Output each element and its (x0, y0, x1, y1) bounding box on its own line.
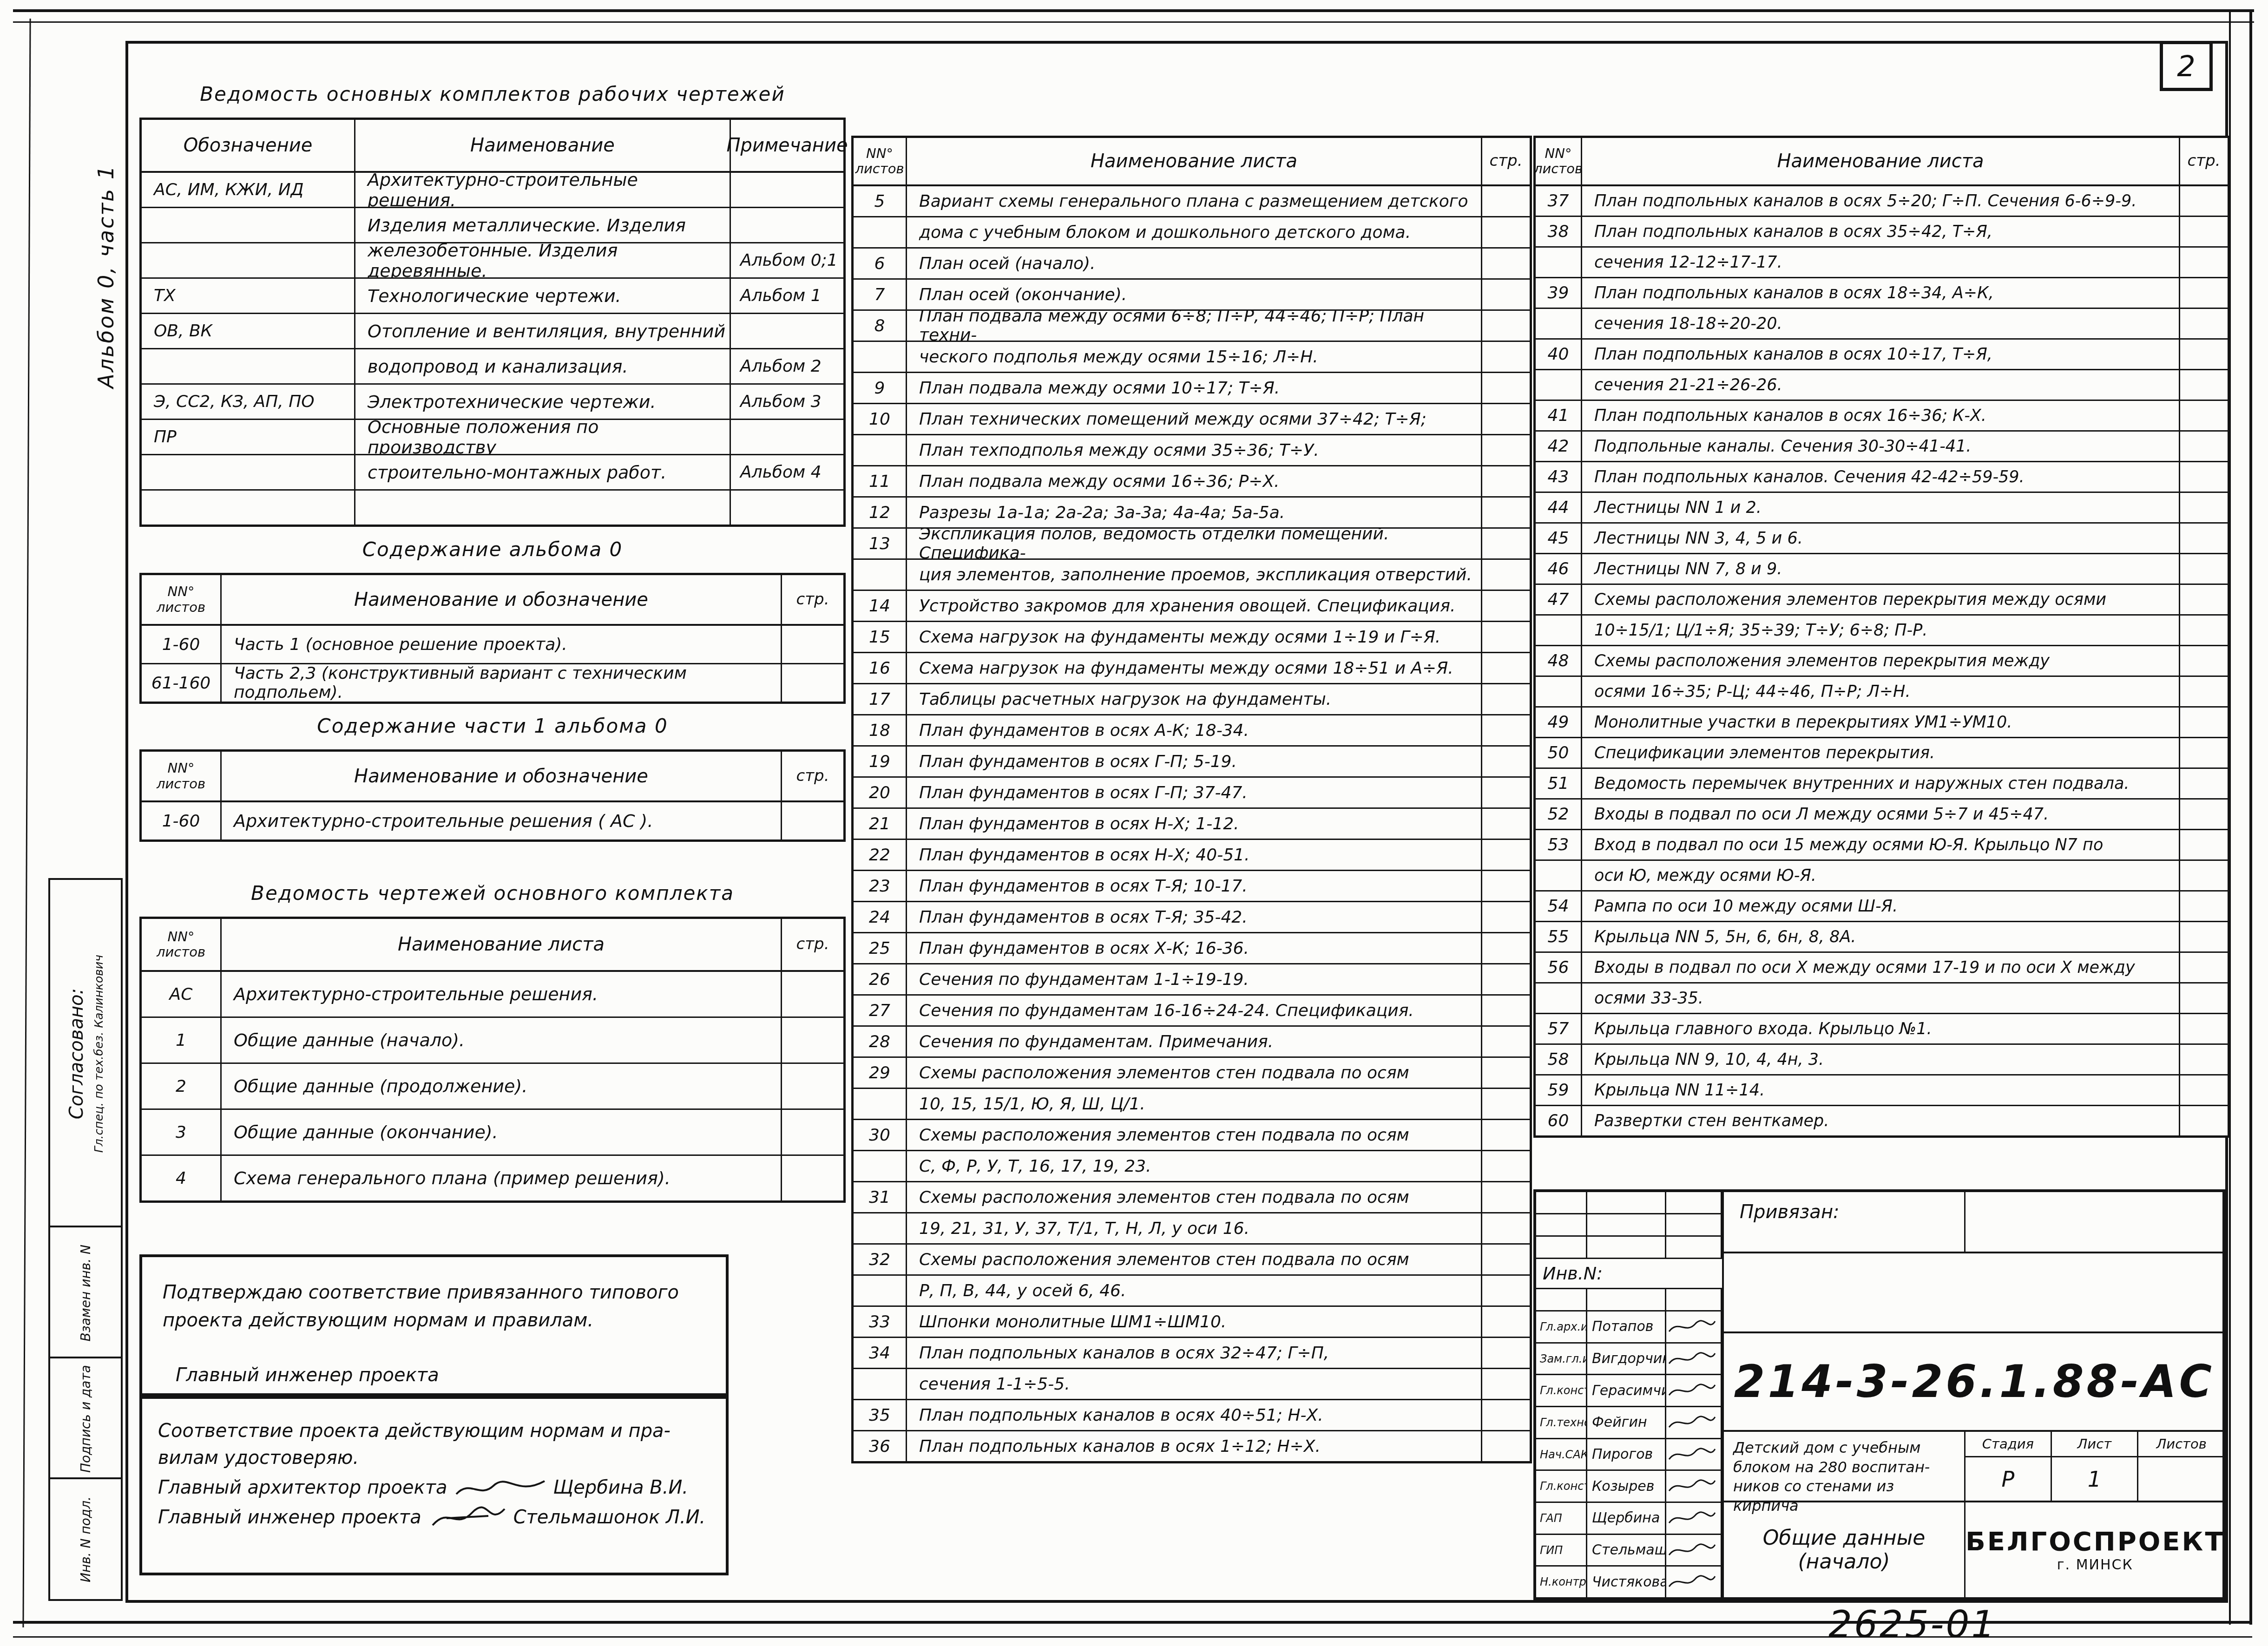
cell-name: План технических помещений между осями 3… (907, 404, 1482, 434)
cell-num (854, 1151, 907, 1181)
cell-num: 14 (854, 591, 907, 621)
cell-num: 5 (854, 186, 907, 216)
cell-page (1482, 529, 1530, 558)
signer-role: Н.контр. (1536, 1567, 1587, 1597)
cell-name: 10, 15, 15/1, Ю, Я, Ш, Ц/1. (907, 1089, 1482, 1119)
cell-page (782, 664, 843, 702)
approval-line1: Подтверждаю соответствие привязанного ти… (163, 1279, 710, 1306)
cell-num (854, 217, 907, 247)
table-row: 4 Схема генерального плана (пример решен… (142, 1156, 843, 1200)
sheet-list-row: 44 Лестницы NN 1 и 2. (1536, 493, 2228, 524)
album0-contents-table: NN° листов Наименование и обозначение ст… (139, 573, 846, 704)
cell-page (1482, 871, 1530, 901)
signer-name: Щербина (1587, 1503, 1666, 1534)
cell-num: 53 (1536, 830, 1582, 859)
cell-name: Лестницы NN 7, 8 и 9. (1582, 554, 2180, 584)
col-header-num: NN° листов (854, 138, 907, 184)
table-header: NN° листов Наименование листа стр. (1536, 138, 2228, 186)
sheet-list-row: осями 16÷35; Р-Ц; 44÷46, П÷Р; Л÷Н. (1536, 677, 2228, 708)
col-header-page: стр. (1482, 138, 1530, 184)
cell-name: Рампа по оси 10 между осями Ш-Я. (1582, 892, 2180, 921)
signer-name: Потапов (1587, 1312, 1666, 1342)
sheets-value (2138, 1457, 2225, 1501)
signers-list: Гл.арх.ин. Потапов 29.09.88 Зам.гл.инж В… (1536, 1312, 1722, 1597)
table-row: строительно-монтажных работ. Альбом 4 (142, 455, 843, 491)
cell-name: Схемы расположения элементов стен подвал… (907, 1182, 1482, 1212)
cell-num: 37 (1536, 186, 1582, 216)
col-header-note: Примечание (731, 120, 843, 171)
stage-value: Р (1966, 1457, 2052, 1501)
stage-table: Стадия Лист Листов Р 1 (1966, 1432, 2225, 1501)
title-block: Инв.N: Гл.арх.ин. Потапов 29.09.88 Зам. (1533, 1189, 2225, 1600)
signer-name: Козырев (1587, 1471, 1666, 1502)
sheet-list-row: 6 План осей (начало). (854, 249, 1530, 280)
cell-num: 21 (854, 809, 907, 839)
cell-num: 26 (854, 964, 907, 994)
sheet-list-row: оси Ю, между осями Ю-Я. (1536, 861, 2228, 892)
section-title: Содержание части 1 альбома 0 (139, 715, 846, 737)
cell-num: 34 (854, 1338, 907, 1368)
table-row (142, 491, 843, 525)
cell-page (1482, 1089, 1530, 1119)
cell-name: Входы в подвал по оси Х между осями 17-1… (1582, 953, 2180, 982)
cell-name: План подвала между осями 16÷36; Р÷Х. (907, 466, 1482, 496)
cell-name: План фундаментов в осях Х-К; 16-36. (907, 933, 1482, 963)
cell-page (1482, 1058, 1530, 1088)
cell-page (2180, 922, 2228, 951)
sheet-list-row: сечения 18-18÷20-20. (1536, 309, 2228, 340)
cell-name: ческого подполья между осями 15÷16; Л÷Н. (907, 342, 1482, 372)
cell-name: План подпольных каналов в осях 35÷42, Т÷… (1582, 217, 2180, 246)
cell-num (854, 560, 907, 590)
cell-num: 11 (854, 466, 907, 496)
cell-page (1482, 1120, 1530, 1150)
stage-label: Стадия (1966, 1432, 2052, 1456)
sheet-list-row: 46 Лестницы NN 7, 8 и 9. (1536, 554, 2228, 585)
cell-name: железобетонные. Изделия деревянные. (355, 243, 731, 277)
cell-name: Схемы расположения элементов перекрытия … (1582, 646, 2180, 675)
table-row: АС Архитектурно-строительные решения. (142, 972, 843, 1018)
cell-name: План фундаментов в осях Г-П; 5-19. (907, 747, 1482, 776)
sheet-list-row: Р, П, В, 44, у осей 6, 46. (854, 1276, 1530, 1307)
cell-name: Крыльца NN 9, 10, 4, 4н, 3. (1582, 1045, 2180, 1074)
cell-num: 40 (1536, 340, 1582, 369)
sheet-list-row: 32 Схемы расположения элементов стен под… (854, 1245, 1530, 1276)
sheet-list-row: 38 План подпольных каналов в осях 35÷42,… (1536, 217, 2228, 248)
signer-name: Вигдорчик (1587, 1344, 1666, 1374)
cell-page (1482, 684, 1530, 714)
cell-num: 49 (1536, 708, 1582, 737)
signer-signature-scribble (1666, 1567, 1722, 1597)
certify-line2: вилам удостоверяю. (158, 1444, 715, 1471)
cell-page (2180, 585, 2228, 614)
cell-name: Архитектурно-строительные решения ( АС )… (222, 802, 782, 839)
sheet-list-row: 17 Таблицы расчетных нагрузок на фундаме… (854, 684, 1530, 715)
cell-num: 52 (1536, 800, 1582, 829)
cell-page (1482, 715, 1530, 745)
cell-name: Устройство закромов для хранения овощей.… (907, 591, 1482, 621)
cell-name: дома с учебным блоком и дошкольного детс… (907, 217, 1482, 247)
cell-name: План подпольных каналов в осях 10÷17, Т÷… (1582, 340, 2180, 369)
cell-note (731, 491, 843, 525)
signature-date-box: Подпись и дата (48, 1357, 123, 1481)
table-row: ТХ Технологические чертежи. Альбом 1 (142, 279, 843, 314)
cell-page (1482, 840, 1530, 870)
sheet-list-row: 15 Схема нагрузок на фундаменты между ос… (854, 622, 1530, 653)
signer-row: Гл.констр.ин Герасимчик 29.09.88 (1536, 1375, 1722, 1407)
col-header-name: Наименование листа (1582, 138, 2180, 184)
sheet-list-row: 45 Лестницы NN 3, 4, 5 и 6. (1536, 524, 2228, 554)
sheet-list-row: 53 Вход в подвал по оси 15 между осями Ю… (1536, 830, 2228, 861)
cell-name: Основные положения по производству (355, 420, 731, 454)
signer-row: ГИП Стельмашонок 28.9.88 (1536, 1535, 1722, 1567)
sheet-list-row: 22 План фундаментов в осях Н-Х; 40-51. (854, 840, 1530, 871)
table-row: водопровод и канализация. Альбом 2 (142, 349, 843, 385)
cell-page (2180, 984, 2228, 1013)
cell-num: 42 (1536, 432, 1582, 461)
sheet-list-row: 51 Ведомость перемычек внутренних и нару… (1536, 769, 2228, 800)
sheet-list-row: 25 План фундаментов в осях Х-К; 16-36. (854, 933, 1530, 964)
cell-page (1482, 404, 1530, 434)
attached-label: Привязан: (1724, 1192, 1966, 1252)
doc-number-cell: 214-3-26.1.88-АС (1724, 1333, 2225, 1432)
cell-name: Монолитные участки в перекрытиях УМ1÷УМ1… (1582, 708, 2180, 737)
left-scan-edge (22, 19, 31, 1627)
sheet-list-row: 52 Входы в подвал по оси Л между осями 5… (1536, 800, 2228, 830)
cell-name: Сечения по фундаментам 1-1÷19-19. (907, 964, 1482, 994)
cell-page (1482, 622, 1530, 652)
sheet-list-row: 13 Экспликация полов, ведомость отделки … (854, 529, 1530, 560)
cell-num: 24 (854, 902, 907, 932)
sheet-list-row: 35 План подпольных каналов в осях 40÷51;… (854, 1400, 1530, 1431)
cell-code: Э, СС2, КЗ, АП, ПО (142, 385, 355, 419)
sheet-list-row: 18 План фундаментов в осях А-К; 18-34. (854, 715, 1530, 747)
col-header-code: Обозначение (142, 120, 355, 171)
sheet-list-row: ческого подполья между осями 15÷16; Л÷Н. (854, 342, 1530, 373)
cell-name: Схемы расположения элементов стен подвал… (907, 1058, 1482, 1088)
signer-role: Гл.констр. (1536, 1471, 1587, 1502)
cell-num: 1 (142, 1018, 222, 1062)
cell-page (1482, 217, 1530, 247)
sheet-list-row: 7 План осей (окончание). (854, 280, 1530, 311)
cell-num: 51 (1536, 769, 1582, 798)
signer-row: Гл.констр. Козырев 29.9.88 (1536, 1471, 1722, 1503)
cell-page (2180, 1075, 2228, 1105)
cell-name: Лестницы NN 3, 4, 5 и 6. (1582, 524, 2180, 553)
cell-num: 38 (1536, 217, 1582, 246)
cell-name: сечения 21-21÷26-26. (1582, 370, 2180, 400)
cell-name: Изделия металлические. Изделия (355, 208, 731, 242)
col-header-page: стр. (782, 919, 843, 970)
signer-signature-scribble (1666, 1312, 1722, 1342)
cell-num (1536, 677, 1582, 706)
cell-page (2180, 800, 2228, 829)
cell-page (2180, 309, 2228, 338)
col-header-name: Наименование и обозначение (222, 575, 782, 624)
cell-name: План подвала между осями 10÷17; Т÷Я. (907, 373, 1482, 403)
cell-page (2180, 248, 2228, 277)
sheet-list-row: 14 Устройство закромов для хранения овощ… (854, 591, 1530, 622)
signer-signature-scribble (1666, 1535, 1722, 1566)
table-row: железобетонные. Изделия деревянные. Альб… (142, 243, 843, 279)
cell-page (2180, 708, 2228, 737)
cell-page (1482, 1151, 1530, 1181)
sheet-list-row: 42 Подпольные каналы. Сечения 30-30÷41-4… (1536, 432, 2228, 462)
cell-num: 17 (854, 684, 907, 714)
cell-page (2180, 524, 2228, 553)
engineer-name: Стельмашонок Л.И. (513, 1504, 706, 1531)
agreed-label: Согласовано: (66, 988, 87, 1119)
cell-num: 1-60 (142, 626, 222, 663)
cell-page (1482, 1276, 1530, 1305)
signer-role: Гл.арх.ин. (1536, 1312, 1587, 1342)
cell-name: Отопление и вентиляция, внутренний (355, 314, 731, 348)
cell-num: 33 (854, 1307, 907, 1337)
sheet-list-row: 10 План технических помещений между осям… (854, 404, 1530, 435)
cell-name: Шпонки монолитные ШМ1÷ШМ10. (907, 1307, 1482, 1337)
sheet-list-row: 39 План подпольных каналов в осях 18÷34,… (1536, 278, 2228, 309)
signer-signature-scribble (1666, 1439, 1722, 1470)
cell-name: 10÷15/1; Ц/1÷Я; 35÷39; Т÷У; 6÷8; П-Р. (1582, 616, 2180, 645)
cell-num: 8 (854, 311, 907, 341)
cell-num: 12 (854, 498, 907, 527)
table-row: Изделия металлические. Изделия (142, 208, 843, 243)
cell-name: ция элементов, заполнение проемов, экспл… (907, 560, 1482, 590)
cell-page (1482, 435, 1530, 465)
part1-contents-table: NN° листов Наименование и обозначение ст… (139, 749, 846, 842)
cell-name: Часть 1 (основное решение проекта). (222, 626, 782, 663)
col-header-name: Наименование и обозначение (222, 752, 782, 800)
page-number: 2 (2177, 49, 2195, 83)
sheet-title-org-row: Общие данные (начало) БЕЛГОСПРОЕКТ г. МИ… (1724, 1502, 2225, 1597)
sheet-list-row: 57 Крыльца главного входа. Крыльцо №1. (1536, 1014, 2228, 1045)
cell-name: сечения 18-18÷20-20. (1582, 309, 2180, 338)
cell-page (2180, 1045, 2228, 1074)
cell-num (1536, 984, 1582, 1013)
cell-page (1482, 996, 1530, 1025)
sheet-list-row: 20 План фундаментов в осях Г-П; 37-47. (854, 778, 1530, 809)
cell-page (1482, 1431, 1530, 1461)
sheet-list-row: 40 План подпольных каналов в осях 10÷17,… (1536, 340, 2228, 370)
sheet-list-row: 30 Схемы расположения элементов стен под… (854, 1120, 1530, 1151)
cell-page (1482, 747, 1530, 776)
engineer-signature-row: Главный инженер проекта Стельмашонок Л.И… (158, 1504, 715, 1531)
cell-code: ОВ, ВК (142, 314, 355, 348)
cell-name: План подпольных каналов в осях 18÷34, А÷… (1582, 278, 2180, 308)
sheet-list-row: осями 33-35. (1536, 984, 2228, 1014)
signer-signature-scribble (1666, 1503, 1722, 1534)
cell-name: План подпольных каналов. Сечения 42-42÷5… (1582, 462, 2180, 492)
cell-note (731, 208, 843, 242)
sheet-list-row: План техподполья между осями 35÷36; Т÷У. (854, 435, 1530, 466)
table-body: АС, ИМ, КЖИ, ИД Архитектурно-строительны… (142, 173, 843, 525)
cell-name: Архитектурно-строительные решения. (222, 972, 782, 1016)
approval-line2: проекта действующим нормам и правилам. (163, 1306, 710, 1334)
cell-name: оси Ю, между осями Ю-Я. (1582, 861, 2180, 890)
cell-name: План подпольных каналов в осях 1÷12; Н÷Х… (907, 1431, 1482, 1461)
cell-num: 60 (1536, 1106, 1582, 1135)
signer-row: Н.контр. Чистякова 29.9.88 (1536, 1567, 1722, 1597)
sheets-label: Листов (2138, 1432, 2225, 1456)
cell-num: 25 (854, 933, 907, 963)
col-header-page: стр. (782, 752, 843, 800)
cell-page (1482, 249, 1530, 278)
cell-page (2180, 769, 2228, 798)
cell-name: осями 33-35. (1582, 984, 2180, 1013)
cell-num (854, 1213, 907, 1243)
cell-code (142, 243, 355, 277)
top-border-line-2 (13, 21, 2254, 23)
sheet-list-row: 47 Схемы расположения элементов перекрыт… (1536, 585, 2228, 616)
cell-num: 56 (1536, 953, 1582, 982)
organization-city: г. МИНСК (2057, 1557, 2133, 1573)
col-header-num: NN° листов (142, 575, 222, 624)
table-body: АС Архитектурно-строительные решения. 1 … (142, 972, 843, 1200)
cell-num (854, 1276, 907, 1305)
sheet-list-row: 5 Вариант схемы генерального плана с раз… (854, 186, 1530, 217)
cell-name: С, Ф, Р, У, Т, 16, 17, 19, 23. (907, 1151, 1482, 1181)
cell-name: Разрезы 1а-1а; 2а-2а; 3а-3а; 4а-4а; 5а-5… (907, 498, 1482, 527)
cell-page (2180, 1106, 2228, 1135)
cell-page (782, 1110, 843, 1154)
sheet-list-row: 55 Крыльца NN 5, 5н, 6, 6н, 8, 8А. (1536, 922, 2228, 953)
cell-page (2180, 646, 2228, 675)
section-title: Содержание альбома 0 (139, 538, 846, 561)
inv-original-box: Инв. N подл. (48, 1477, 123, 1601)
cell-name: Схемы расположения элементов стен подвал… (907, 1245, 1482, 1274)
cell-name: Ведомость перемычек внутренних и наружны… (1582, 769, 2180, 798)
signer-role: Гл.технол. (1536, 1407, 1587, 1438)
cell-name: Спецификации элементов перекрытия. (1582, 738, 2180, 767)
cell-num (1536, 861, 1582, 890)
cell-name: Сечения по фундаментам. Примечания. (907, 1027, 1482, 1056)
right-border-line-2 (2249, 9, 2252, 1625)
table-body: 37 План подпольных каналов в осях 5÷20; … (1536, 186, 2228, 1135)
cell-num: АС (142, 972, 222, 1016)
sheet-list-row: 12 Разрезы 1а-1а; 2а-2а; 3а-3а; 4а-4а; 5… (854, 498, 1530, 529)
cell-page (2180, 892, 2228, 921)
cell-name: Часть 2,3 (конструктивный вариант с техн… (222, 664, 782, 702)
cell-num: 19 (854, 747, 907, 776)
sheet-list-row: 26 Сечения по фундаментам 1-1÷19-19. (854, 964, 1530, 996)
cell-name: 19, 21, 31, У, 37, Т/1, Т, Н, Л, у оси 1… (907, 1213, 1482, 1243)
title-block-right: Привязан: 214-3-26.1.88-АС Детский дом с… (1724, 1192, 2225, 1597)
table-row: 1-60 Архитектурно-строительные решения (… (142, 802, 843, 839)
title-block-left: Инв.N: Гл.арх.ин. Потапов 29.09.88 Зам. (1536, 1192, 1724, 1597)
cell-page (1482, 964, 1530, 994)
sheet-list-row: 31 Схемы расположения элементов стен под… (854, 1182, 1530, 1213)
cell-num: 28 (854, 1027, 907, 1056)
table-row: ОВ, ВК Отопление и вентиляция, внутренни… (142, 314, 843, 349)
cell-page (2180, 616, 2228, 645)
signer-signature-scribble (1666, 1407, 1722, 1438)
title-block-grid-row (1536, 1289, 1722, 1312)
cell-name: Схема генерального плана (пример решения… (222, 1156, 782, 1200)
cell-code: ПР (142, 420, 355, 454)
cell-name: Р, П, В, 44, у осей 6, 46. (907, 1276, 1482, 1305)
agreed-note: Гл.спец. по тех.без. Калинкович (92, 955, 105, 1153)
order-number: 2625-01 (1828, 1603, 1997, 1646)
cell-page (782, 802, 843, 839)
sheet-list-row: С, Ф, Р, У, Т, 16, 17, 19, 23. (854, 1151, 1530, 1182)
cell-page (2180, 217, 2228, 246)
cell-num: 1-60 (142, 802, 222, 839)
cell-page (2180, 340, 2228, 369)
cell-num: 18 (854, 715, 907, 745)
cell-page (1482, 466, 1530, 496)
cell-num: 45 (1536, 524, 1582, 553)
signer-row: Гл.арх.ин. Потапов 29.09.88 (1536, 1312, 1722, 1344)
cell-name: План подпольных каналов в осях 16÷36; К-… (1582, 401, 2180, 430)
replace-inv-box: Взамен инв. N (48, 1226, 123, 1360)
col-header-num: NN° листов (1536, 138, 1582, 184)
signature-date-label: Подпись и дата (78, 1365, 93, 1473)
sheet-list-row: 50 Спецификации элементов перекрытия. (1536, 738, 2228, 769)
page-number-box: 2 (2160, 41, 2213, 91)
cell-note (731, 173, 843, 207)
cell-code: ТХ (142, 279, 355, 313)
drawing-sheet: 2 Альбом 0, часть 1 Согласовано: Гл.спец… (0, 0, 2268, 1646)
project-stage-row: Детский дом с учебным блоком на 280 восп… (1724, 1432, 2225, 1502)
cell-name: План подпольных каналов в осях 40÷51; Н-… (907, 1400, 1482, 1430)
table-header: NN° листов Наименование и обозначение ст… (142, 752, 843, 802)
architect-role: Главный архитектор проекта (158, 1474, 447, 1501)
cell-name: План подвала между осями 6÷8; П÷Р, 44÷46… (907, 311, 1482, 341)
cell-num: 43 (1536, 462, 1582, 492)
cell-num: 57 (1536, 1014, 1582, 1043)
section-title: Ведомость основных комплектов рабочих че… (139, 83, 846, 105)
signer-signature-scribble (1666, 1375, 1722, 1406)
cell-name: План техподполья между осями 35÷36; Т÷У. (907, 435, 1482, 465)
cell-page (2180, 953, 2228, 982)
cell-page (1482, 809, 1530, 839)
signer-name: Пирогов (1587, 1439, 1666, 1470)
cell-name: Схемы расположения элементов перекрытия … (1582, 585, 2180, 614)
top-border-line (13, 9, 2254, 12)
sheet-list-row: 8 План подвала между осями 6÷8; П÷Р, 44÷… (854, 311, 1530, 342)
cell-code (142, 349, 355, 383)
cell-page (1482, 311, 1530, 341)
sheet-list-row: 59 Крыльца NN 11÷14. (1536, 1075, 2228, 1106)
architect-name: Щербина В.И. (553, 1474, 689, 1501)
cell-num: 54 (1536, 892, 1582, 921)
table-header: NN° листов Наименование листа стр. (854, 138, 1530, 186)
cell-num: 32 (854, 1245, 907, 1274)
cell-name: Технологические чертежи. (355, 279, 731, 313)
cell-name: Архитектурно-строительные решения. (355, 173, 731, 207)
inv-number-label: Инв.N: (1536, 1259, 1722, 1289)
col-header-name: Наименование листа (222, 919, 782, 970)
approval-role: Главный инженер проекта (176, 1361, 710, 1389)
sheet-list-row: сечения 12-12÷17-17. (1536, 248, 2228, 278)
table-row: 3 Общие данные (окончание). (142, 1110, 843, 1156)
cell-name: Крыльца главного входа. Крыльцо №1. (1582, 1014, 2180, 1043)
cell-num (854, 1089, 907, 1119)
cell-page (782, 626, 843, 663)
inv-original-label: Инв. N подл. (78, 1496, 93, 1582)
album-label: Альбом 0, часть 1 (93, 164, 118, 388)
cell-page (2180, 861, 2228, 890)
cell-name: сечения 12-12÷17-17. (1582, 248, 2180, 277)
cell-num: 59 (1536, 1075, 1582, 1105)
signer-signature-scribble (1666, 1471, 1722, 1502)
engineer-signature-scribble (428, 1504, 507, 1530)
signer-row: Зам.гл.инж Вигдорчик 29.09.88 (1536, 1344, 1722, 1376)
cell-name: Экспликация полов, ведомость отделки пом… (907, 529, 1482, 558)
signer-row: ГАП Щербина 28.9.88 (1536, 1503, 1722, 1535)
cell-name: осями 16÷35; Р-Ц; 44÷46, П÷Р; Л÷Н. (1582, 677, 2180, 706)
signer-name: Чистякова (1587, 1567, 1666, 1597)
